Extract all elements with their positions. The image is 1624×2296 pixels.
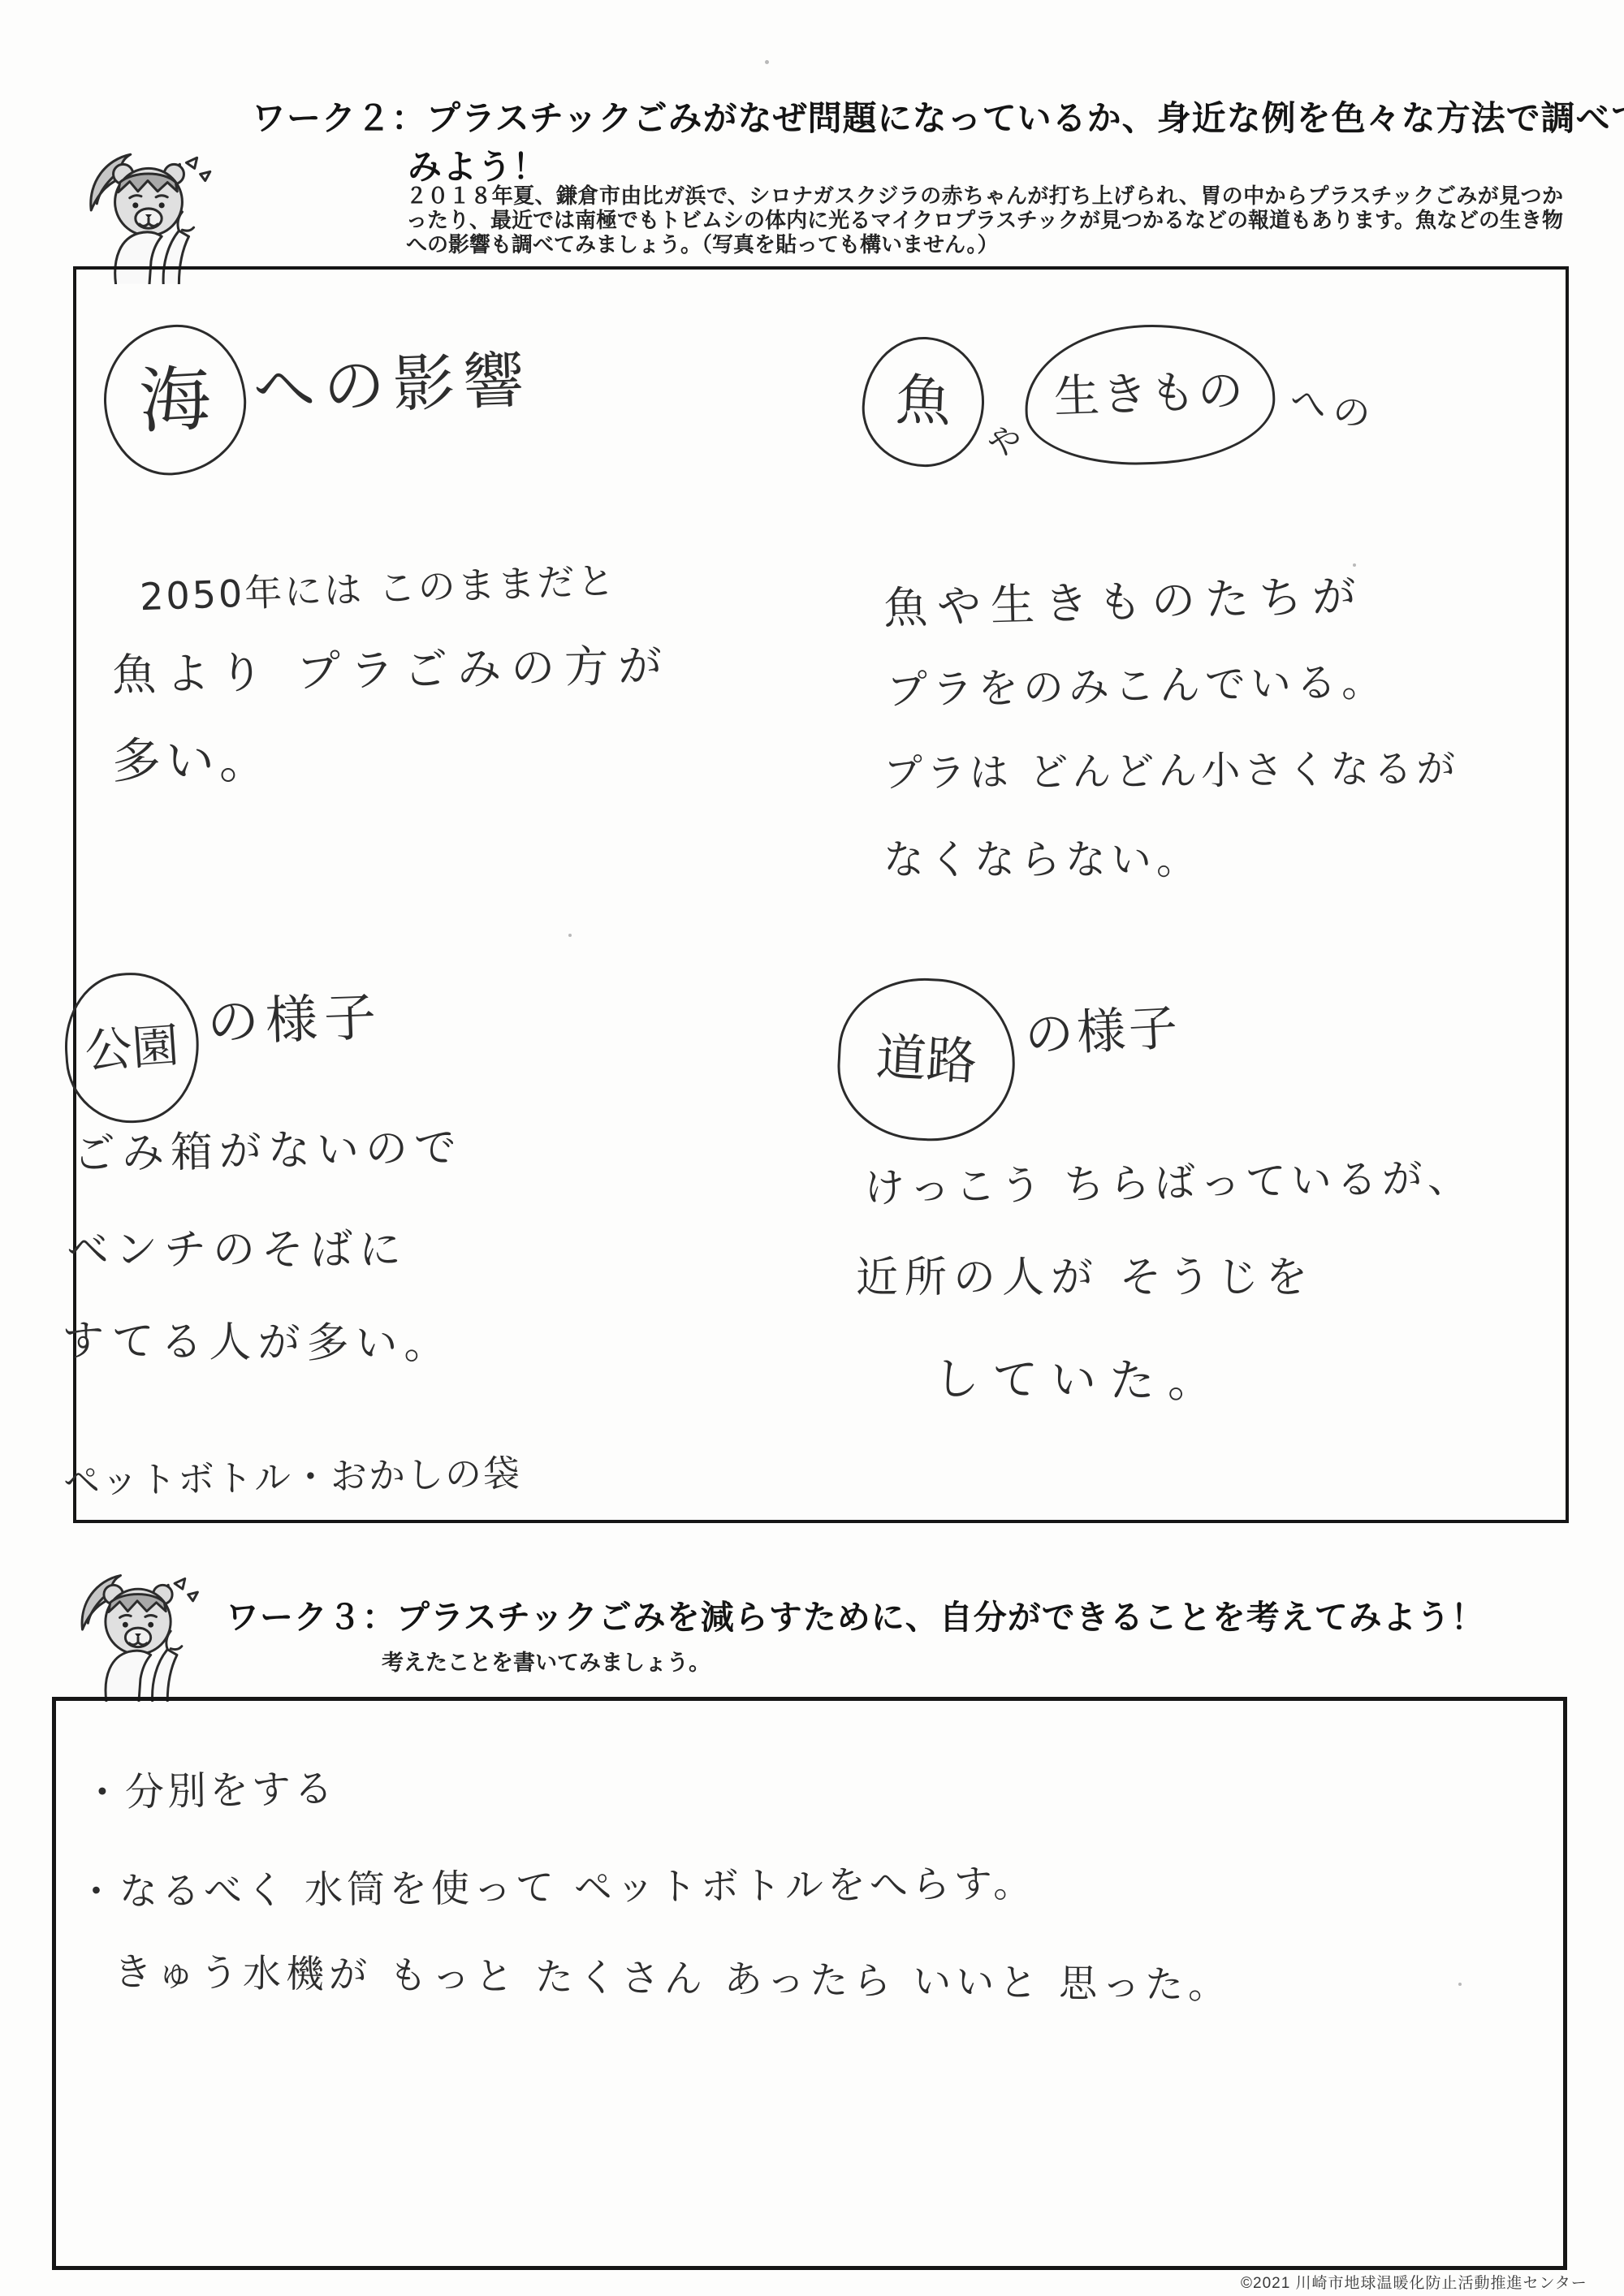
hw-creatures-connector: や: [986, 423, 1022, 463]
hw-road-line: 近所の人が そうじを: [856, 1255, 1315, 1301]
work2-title-line1: ワーク２：プラスチックごみがなぜ問題になっているか、身近な例を色々な方法で調べて: [252, 94, 1624, 143]
sparkle-icon: [188, 1592, 198, 1601]
sparkle-icon: [175, 1578, 185, 1589]
hw-park-heading-suffix: の様子: [206, 989, 383, 1052]
hw-creatures-line: プラは どんどん小さくなるが: [883, 748, 1460, 796]
hw-park-line: ベンチのそばに: [67, 1228, 408, 1274]
hw-park-line: ごみ箱がないので: [73, 1125, 464, 1179]
hw-sea-heading-suffix: への影響: [253, 346, 534, 424]
hw-creatures-line: なくならない。: [883, 838, 1202, 883]
hw-road-line: けっこう ちらばっているが、: [864, 1155, 1474, 1211]
work3-subtitle: 考えたことを書いてみましょう。: [382, 1645, 710, 1677]
scan-speck: [765, 60, 769, 64]
scanned-worksheet-page: ワーク２：プラスチックごみがなぜ問題になっているか、身近な例を色々な方法で調べて…: [0, 0, 1624, 2296]
hw-road-heading-suffix: の様子: [1023, 1001, 1181, 1063]
circled-term-sea-text: 海: [137, 362, 213, 437]
work2-description: ２０１８年夏、鎌倉市由比ガ浜で、シロナガスクジラの赤ちゃんが打ち上げられ、胃の中…: [406, 183, 1563, 257]
hw-creatures-line: プラをのみこんでいる。: [887, 660, 1388, 714]
circled-term-creatures-text: 生きもの: [1053, 369, 1246, 421]
hw-work3-answer: ・分別をする: [83, 1767, 337, 1815]
hw-park-line: ペットボトル・おかしの袋: [63, 1453, 522, 1501]
hw-work3-answer: ・なるべく 水筒を使って ペットボトルをへらす。: [77, 1863, 1036, 1914]
mascot-bear-icon: [71, 145, 227, 284]
scan-speck: [1353, 563, 1356, 567]
hw-road-line: していた。: [934, 1354, 1227, 1407]
hw-park-line: すてる人が多い。: [62, 1318, 453, 1368]
scan-speck: [1458, 1983, 1462, 1986]
copyright-text: ©2021 川崎市地球温暖化防止活動推進センター: [1241, 2271, 1587, 2293]
hw-sea-line: 魚より プラごみの方が: [112, 641, 672, 699]
hw-sea-line: 多い。: [112, 735, 273, 788]
work2-title: ワーク２：プラスチックごみがなぜ問題になっているか、身近な例を色々な方法で調べて…: [252, 94, 1624, 192]
circled-term-park-text: 公園: [84, 1021, 181, 1075]
circled-term-road-text: 道路: [875, 1032, 978, 1087]
circled-term-fish-text: 魚: [895, 373, 952, 430]
sparkle-icon: [186, 158, 197, 168]
scan-speck: [568, 934, 572, 937]
sparkle-icon: [201, 171, 210, 180]
mascot-bear-icon: [63, 1565, 214, 1702]
work3-title: ワーク３：プラスチックごみを減らすために、自分ができることを考えてみよう！: [226, 1593, 1485, 1642]
